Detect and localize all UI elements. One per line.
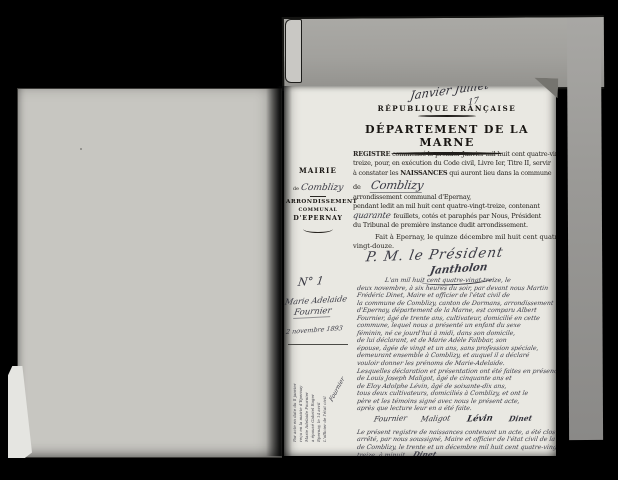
mention-line: L'officier de l'état civil bbox=[322, 358, 328, 443]
issued-line: Fait à Epernay, le quinze décembre mil h… bbox=[353, 233, 553, 242]
act-line: demeurant ensemble à Comblizy, et auquel… bbox=[356, 352, 556, 360]
act-line: L'an mil huit cent quatre-vingt-treize, … bbox=[356, 277, 556, 285]
signature-father: Fournier bbox=[373, 413, 408, 423]
preamble-registre-word: REGISTRE bbox=[353, 150, 390, 158]
register-page: Janvier Juillet 17 RÉPUBLIQUE FRANÇAISE … bbox=[284, 86, 556, 456]
act-line: de lui déclarant, et de Marie Adèle Falb… bbox=[356, 337, 556, 345]
margin-rule bbox=[288, 344, 348, 345]
act-line: vouloir donner les prénoms de Marie-Adel… bbox=[356, 360, 556, 368]
register-closing: Le présent registre de naissances conten… bbox=[357, 429, 556, 456]
act-line: Frédéric Dinet, Maire et officier de l'é… bbox=[356, 292, 556, 300]
preamble-line: deComblizy bbox=[353, 178, 553, 193]
preamble-text: qui auront lieu dans la commune bbox=[447, 169, 551, 177]
department-title: DÉPARTEMENT DE LA MARNE bbox=[344, 123, 550, 149]
preamble-line: arrondissement communal d'Epernay, bbox=[353, 193, 553, 202]
act-line: commune, lequel nous a présenté un enfan… bbox=[356, 322, 556, 330]
margin-rule bbox=[310, 196, 326, 197]
preamble-line: REGISTRE commencé le premier Janvier mil… bbox=[353, 150, 553, 159]
preamble-text: de bbox=[353, 183, 361, 191]
ornament-flourish bbox=[303, 225, 333, 233]
closing-signature: Dinet bbox=[412, 451, 437, 456]
signatures-row: Fournier Maligot Lévin Dinet bbox=[357, 414, 556, 427]
child-surname-margin: Fournier bbox=[293, 306, 332, 319]
child-firstnames-margin: Marie Adelaide bbox=[284, 294, 347, 306]
masthead: RÉPUBLIQUE FRANÇAISE DÉPARTEMENT DE LA M… bbox=[344, 104, 550, 155]
act-line: après que lecture leur en a été faite. bbox=[356, 405, 556, 413]
preamble-naissances-word: NAISSANCES bbox=[400, 169, 447, 177]
epernay-label: D'EPERNAY bbox=[286, 214, 350, 222]
act-line: tous deux cultivateurs, domiciliés à Com… bbox=[356, 390, 556, 398]
communal-label: COMMUNAL bbox=[286, 207, 350, 213]
preamble-line: treize, pour, en exécution du Code civil… bbox=[353, 159, 553, 168]
left-page-blank bbox=[17, 88, 282, 458]
closing-line: arrêté, par nous soussigné, Maire et off… bbox=[356, 436, 556, 443]
mairie-label: MAIRIE bbox=[286, 166, 350, 175]
register-preamble: REGISTRE commencé le premier Janvier mil… bbox=[353, 150, 553, 230]
birth-act-body: L'an mil huit cent quatre-vingt-treize, … bbox=[357, 277, 556, 413]
preamble-line: à constater les NAISSANCES qui auront li… bbox=[353, 169, 553, 178]
closing-text: treize, à minuit. bbox=[356, 452, 407, 456]
signature-witness-2: Lévin bbox=[466, 414, 494, 425]
act-line: de Louis Joseph Maligot, âgé de cinquant… bbox=[356, 375, 556, 383]
mairie-commune-line: deComblizy bbox=[286, 175, 350, 194]
preamble-text: à constater les bbox=[353, 169, 400, 177]
preamble-line: du Tribunal de première instance dudit a… bbox=[353, 221, 553, 230]
preamble-line: quarantefeuillets, cotés et paraphés par… bbox=[353, 211, 553, 220]
book-cover-corner-tab bbox=[285, 19, 302, 83]
act-line: d'Epernay, département de la Marne, est … bbox=[356, 307, 556, 315]
commune-name-handwritten: Comblizy bbox=[369, 178, 424, 193]
republic-title: RÉPUBLIQUE FRANÇAISE bbox=[344, 104, 550, 113]
act-number: N° 1 bbox=[297, 274, 324, 289]
closing-line: treize, à minuit.Dinet bbox=[356, 451, 556, 456]
ornament-rule-small bbox=[418, 115, 476, 117]
paper-speck bbox=[80, 148, 82, 150]
folio-count-handwritten: quarante bbox=[352, 211, 391, 221]
closing-line: de Comblizy, le trente et un décembre mi… bbox=[356, 444, 556, 451]
signature-witness-1: Maligot bbox=[420, 413, 451, 423]
arrondissement-label: ARRONDISSEMENT bbox=[286, 199, 350, 205]
mairie-commune-handwritten: Comblizy bbox=[300, 183, 344, 193]
act-date-margin: 2 novembre 1893 bbox=[286, 324, 344, 336]
de-label: de bbox=[293, 186, 299, 192]
act-line: Lesquelles déclaration et présentation o… bbox=[356, 368, 556, 376]
act-line: deux novembre, à six heures du soir, par… bbox=[356, 285, 556, 293]
book-cover-right-edge bbox=[567, 18, 603, 440]
preamble-text: commencé le premier Janvier mil huit cen… bbox=[390, 150, 556, 158]
preamble-text: feuillets, cotés et paraphés par Nous, P… bbox=[393, 212, 541, 220]
mairie-margin-block: MAIRIE deComblizy ARRONDISSEMENT COMMUNA… bbox=[286, 166, 350, 233]
signature-mayor: Dinet bbox=[508, 414, 533, 424]
